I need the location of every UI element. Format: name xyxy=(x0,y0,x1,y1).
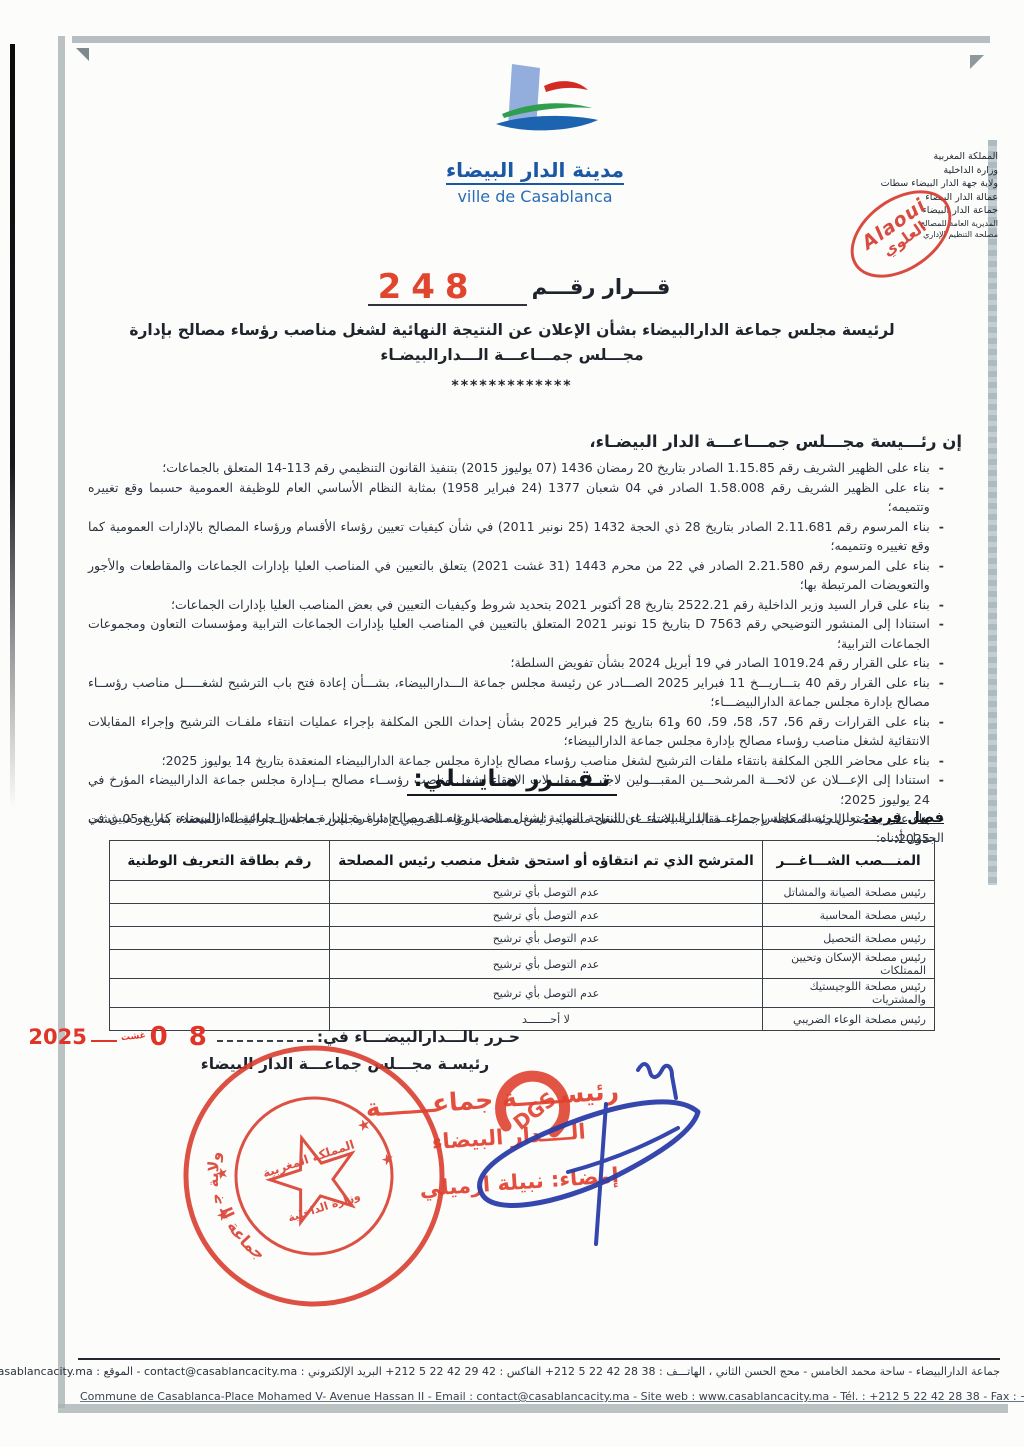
preamble-item: -بناء على الظهير الشريف رقم 1.58.008 الص… xyxy=(88,478,944,517)
preamble-item: -بناء على الظهير الشريف رقم 1.15.85 الصا… xyxy=(88,458,944,478)
copy-frame-corner-left xyxy=(76,48,89,61)
scan-edge-artifact xyxy=(10,44,15,809)
preamble-item: -بناء على قرار السيد وزير الداخلية رقم 2… xyxy=(88,595,944,615)
preamble-item-text: بناء على القرار رقم 1019.24 الصادر في 19… xyxy=(88,653,930,673)
cell-result: عدم التوصل بأي ترشيح xyxy=(329,927,762,950)
bullet-dash: - xyxy=(939,556,944,576)
bullet-dash: - xyxy=(939,595,944,615)
copy-frame-left xyxy=(58,36,65,1408)
results-table: المنـــصب الشـــاغـــر المترشح الذي تم ا… xyxy=(109,840,935,1031)
bullet-dash: - xyxy=(939,478,944,498)
cell-position: رئيس مصلحة التحصيل xyxy=(763,927,935,950)
cell-position: رئيس مصلحة الصيانة والمشاتل xyxy=(763,881,935,904)
bullet-dash: - xyxy=(939,653,944,673)
cell-id-number xyxy=(110,881,330,904)
handwritten-signature xyxy=(398,1052,728,1272)
decision-title-label: قـــرار رقـــم xyxy=(532,275,671,299)
agency-line: المملكة المغربية xyxy=(881,150,998,164)
preamble-intro: إن رئـــيسة مجـــلس جمـــاعـــة الدار ال… xyxy=(589,432,962,451)
header-national-id: رقم بطاقة التعريف الوطنية xyxy=(110,841,330,881)
preamble-item-text: بناء على القرار رقم 40 بتـــاريـــخ 11 ف… xyxy=(88,673,930,712)
date-stamp-month: غشت xyxy=(120,1031,146,1044)
cell-result: عدم التوصل بأي ترشيح xyxy=(329,950,762,979)
preamble-item: -بناء على القرار رقم 1019.24 الصادر في 1… xyxy=(88,653,944,673)
article-label: فصل فريد: xyxy=(864,810,944,826)
table-row: رئيس مصلحة اللوجيستيك والمشتريات عدم الت… xyxy=(110,979,935,1008)
bullet-dash: - xyxy=(939,712,944,732)
copy-frame-corner-right xyxy=(970,55,984,69)
decision-subtitle: لرئيسة مجلس جماعة الدارالبيضاء بشأن الإع… xyxy=(60,318,964,399)
preamble-item: -بناء على القرار رقم 40 بتـــاريـــخ 11 … xyxy=(88,673,944,712)
footer-divider xyxy=(78,1358,1000,1360)
table-row: رئيس مصلحة الإسكان وتحيين الممتلكات عدم … xyxy=(110,950,935,979)
copy-frame-bottom xyxy=(58,1404,1008,1413)
preamble-item-text: بناء على الظهير الشريف رقم 1.15.85 الصاد… xyxy=(88,458,930,478)
table-row: رئيس مصلحة المحاسبة عدم التوصل بأي ترشيح xyxy=(110,904,935,927)
decision-heading: تـقـــرر مـايـــلي: xyxy=(0,766,1024,792)
preamble-item-text: بناء على الظهير الشريف رقم 1.58.008 الصا… xyxy=(88,478,930,517)
decision-title-row: قـــرار رقـــم 248 xyxy=(0,268,1024,302)
decision-heading-text: تـقـــرر مـايـــلي: xyxy=(407,766,616,796)
footer-contact-french: Commune de Casablanca-Place Mohamed V- A… xyxy=(80,1390,1000,1403)
preamble-item: -استنادا إلى المنشور التوضيحي رقم D 7563… xyxy=(88,614,944,653)
bullet-dash: - xyxy=(939,614,944,634)
cell-result: عدم التوصل بأي ترشيح xyxy=(329,881,762,904)
table-row: رئيس مصلحة الصيانة والمشاتل عدم التوصل ب… xyxy=(110,881,935,904)
preamble-item-text: بناء على قرار السيد وزير الداخلية رقم 25… xyxy=(88,595,930,615)
footer-contact-arabic: جماعة الدارالبيضاء - ساحة محمد الخامس - … xyxy=(80,1365,1000,1378)
cell-position: رئيس مصلحة المحاسبة xyxy=(763,904,935,927)
preamble-item-text: بناء المرسوم رقم 2.11.681 الصادر بتاريخ … xyxy=(88,517,930,556)
cell-id-number xyxy=(110,927,330,950)
preamble-item-text: استنادا إلى المنشور التوضيحي رقم D 7563 … xyxy=(88,614,930,653)
cell-position: رئيس مصلحة اللوجيستيك والمشتريات xyxy=(763,979,935,1008)
casablanca-logo-icon xyxy=(460,58,610,158)
cell-position: رئيس مصلحة الوعاء الضريبي xyxy=(763,1008,935,1031)
copy-frame-top xyxy=(72,36,990,43)
table-row: رئيس مصلحة التحصيل عدم التوصل بأي ترشيح xyxy=(110,927,935,950)
decision-number-handwritten: 248 xyxy=(368,272,527,306)
agency-line: وزارة الداخلية xyxy=(881,164,998,178)
cell-id-number xyxy=(110,904,330,927)
cell-id-number xyxy=(110,979,330,1008)
header-vacant-position: المنـــصب الشـــاغـــر xyxy=(763,841,935,881)
scanned-decision-document: المملكة المغربية وزارة الداخلية ولاية جه… xyxy=(0,0,1024,1447)
header-selected-candidate: المترشح الذي تم انتقاؤه أو استحق شغل منص… xyxy=(329,841,762,881)
preamble-item: -بناء المرسوم رقم 2.11.681 الصادر بتاريخ… xyxy=(88,517,944,556)
bullet-dash: - xyxy=(939,458,944,478)
date-stamp-year: 2025 xyxy=(28,1025,86,1049)
bullet-dash: - xyxy=(939,673,944,693)
cell-position: رئيس مصلحة الإسكان وتحيين الممتلكات xyxy=(763,950,935,979)
cell-id-number xyxy=(110,950,330,979)
subtitle-line-1: لرئيسة مجلس جماعة الدارالبيضاء بشأن الإع… xyxy=(60,318,964,343)
cell-result: عدم التوصل بأي ترشيح xyxy=(329,904,762,927)
date-stamp-dash xyxy=(91,1040,117,1042)
preamble-item: -بناء على المرسوم رقم 2.21.580 الصادر في… xyxy=(88,556,944,595)
agency-line: ولاية جهة الدار البيضاء سطات xyxy=(881,177,998,191)
preamble-item-text: بناء على المرسوم رقم 2.21.580 الصادر في … xyxy=(88,556,930,595)
date-stamp-day: 0 8 xyxy=(150,1022,213,1052)
stars-separator: ************* xyxy=(60,374,964,399)
bullet-dash: - xyxy=(939,517,944,537)
cell-result: عدم التوصل بأي ترشيح xyxy=(329,979,762,1008)
city-logo: مدينة الدار البيضاء ville de Casablanca xyxy=(430,58,640,206)
logo-arabic-name: مدينة الدار البيضاء xyxy=(446,158,624,185)
logo-french-name: ville de Casablanca xyxy=(430,187,640,206)
preamble-item-text: بناء على القرارات رقم 56، 57، 58، 59، 60… xyxy=(88,712,930,751)
table-header-row: المنـــصب الشـــاغـــر المترشح الذي تم ا… xyxy=(110,841,935,881)
preamble-item: -بناء على القرارات رقم 56، 57، 58، 59، 6… xyxy=(88,712,944,751)
subtitle-line-2: مجـــلس جمـــاعـــة الـــدارالبيضـاء xyxy=(60,343,964,368)
